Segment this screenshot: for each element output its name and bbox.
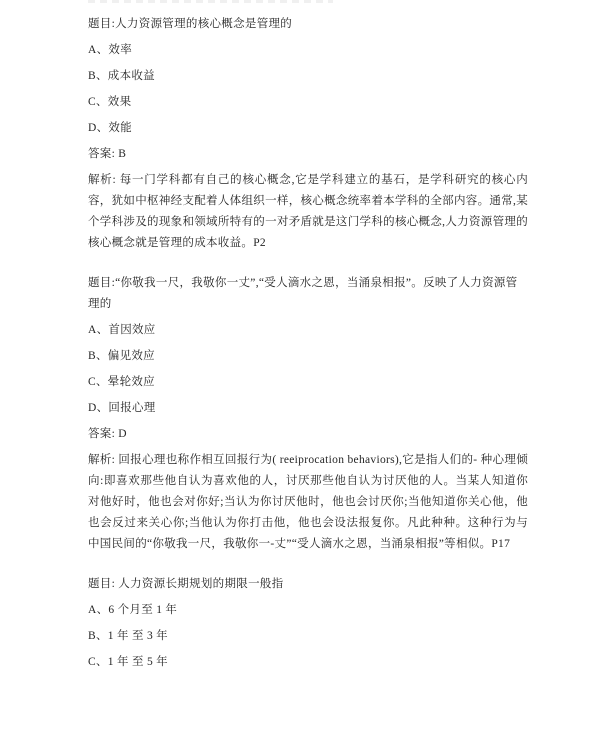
option-b: B、1 年 至 3 年 [88,626,528,647]
question-block-3: 题目: 人力资源长期规划的期限一般指 A、6 个月至 1 年 B、1 年 至 3… [88,574,528,673]
option-a: A、6 个月至 1 年 [88,600,528,621]
option-d: D、回报心理 [88,398,528,419]
option-c: C、1 年 至 5 年 [88,652,528,673]
answer-line: 答案: D [88,424,528,445]
question-title: 题目: 人力资源长期规划的期限一般指 [88,574,528,595]
question-separator [88,560,528,574]
document-page: 题目:人力资源管理的核心概念是管理的 A、效率 B、成本收益 C、效果 D、效能… [88,0,528,678]
question-separator [88,259,528,273]
option-b: B、偏见效应 [88,346,528,367]
option-d: D、效能 [88,118,528,139]
option-a: A、效率 [88,40,528,61]
analysis-text: 解析: 回报心理也称作相互回报行为( reeiprocation behavio… [88,450,528,555]
option-b: B、成本收益 [88,66,528,87]
analysis-text: 解析: 每一门学科都有自己的核心概念,它是学科建立的基石，是学科研究的核心内容，… [88,170,528,254]
question-title: 题目:“你敬我一尺，我敬你一丈”,“受人滴水之恩，当涌泉相报”。反映了人力资源管… [88,273,528,315]
option-c: C、效果 [88,92,528,113]
option-c: C、晕轮效应 [88,372,528,393]
question-block-1: 题目:人力资源管理的核心概念是管理的 A、效率 B、成本收益 C、效果 D、效能… [88,14,528,254]
question-block-2: 题目:“你敬我一尺，我敬你一丈”,“受人滴水之恩，当涌泉相报”。反映了人力资源管… [88,273,528,555]
question-title: 题目:人力资源管理的核心概念是管理的 [88,14,528,35]
option-a: A、首因效应 [88,320,528,341]
answer-line: 答案: B [88,144,528,165]
